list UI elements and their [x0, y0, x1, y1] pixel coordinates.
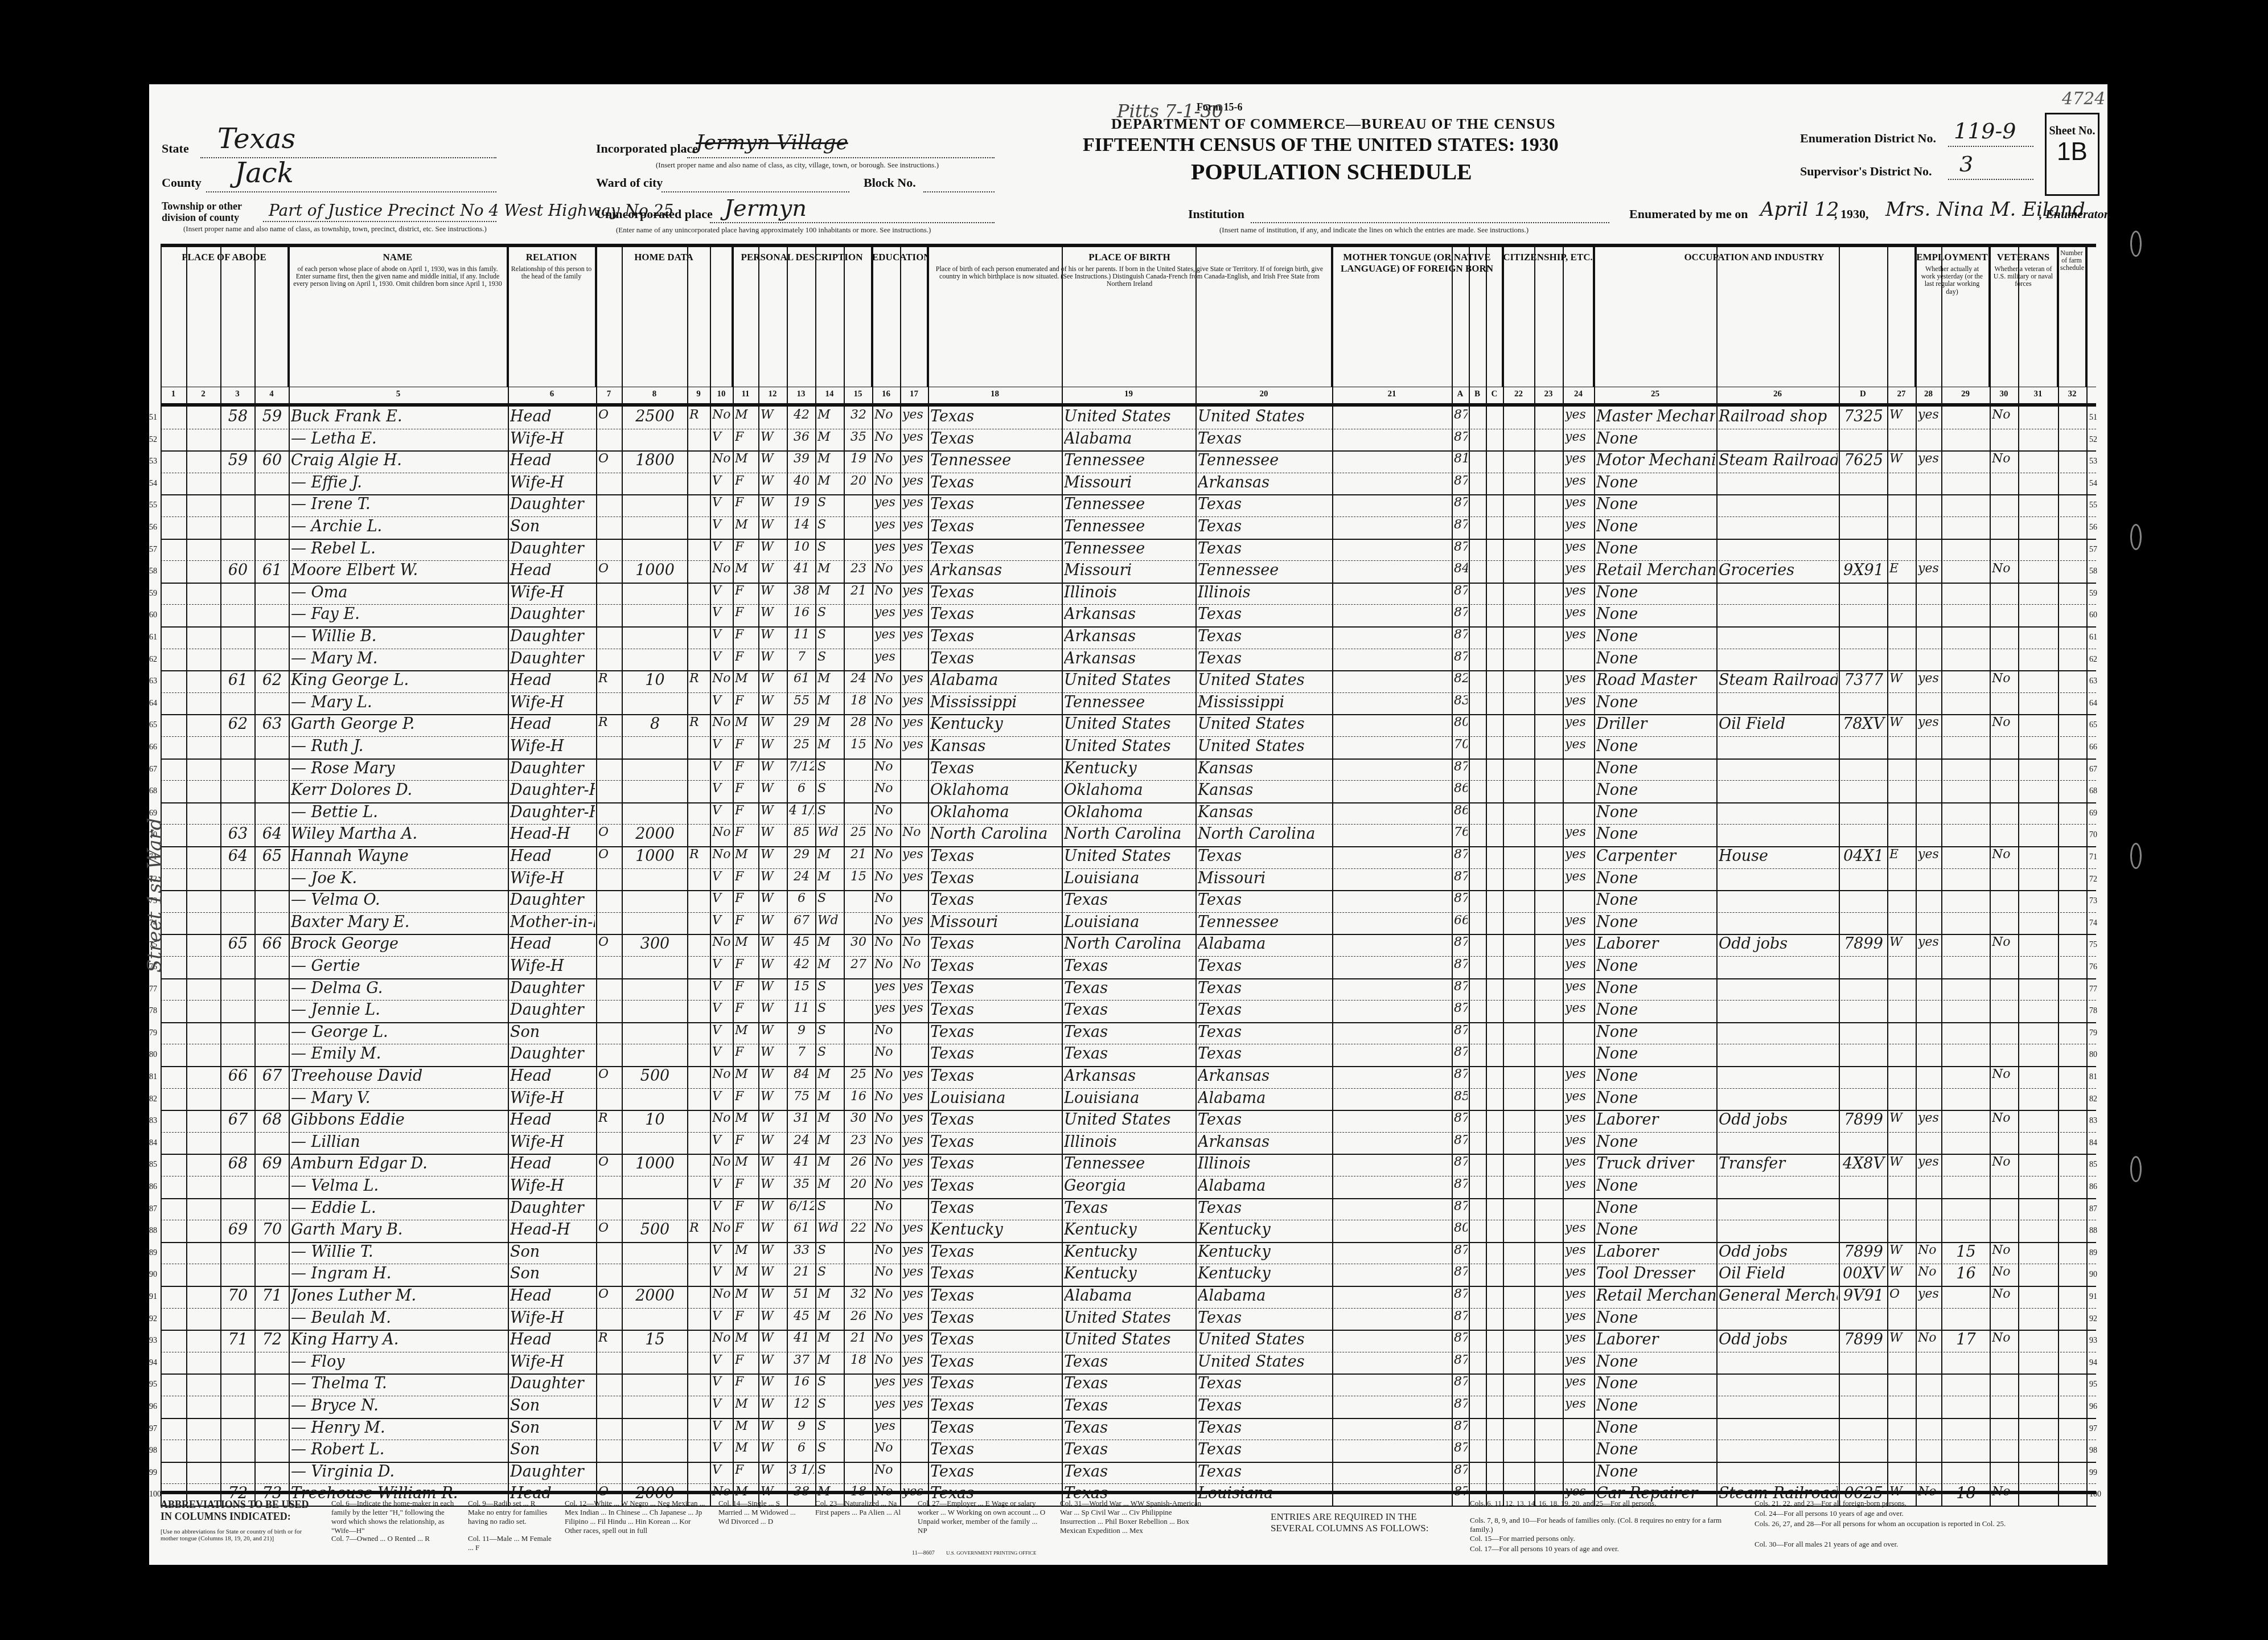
cell-rw: yes	[902, 1265, 927, 1279]
cell-rw: yes	[902, 474, 927, 488]
cell-eng: yes	[1565, 694, 1593, 708]
cell-bp: Louisiana	[930, 1089, 1061, 1107]
cell-race: W	[761, 1331, 786, 1345]
cell-sex: M	[735, 1265, 757, 1279]
cell-sex: F	[735, 1463, 757, 1477]
cell-sex: F	[735, 760, 757, 774]
cell-radio: R	[689, 408, 709, 422]
column-number: 16	[872, 389, 900, 399]
cell-emp: yes	[1918, 715, 1940, 729]
cell-rw: yes	[902, 1133, 927, 1147]
cell-ocode: 7899	[1841, 1111, 1886, 1129]
enumerated-date: April 12	[1760, 198, 1839, 221]
line-number-right: 85	[2089, 1161, 2097, 1170]
cell-farm: V	[712, 1463, 732, 1477]
column-number: 26	[1716, 389, 1839, 399]
incorporated-hint: (Insert proper name and also name of cla…	[656, 161, 939, 170]
cell-rw: yes	[902, 1001, 927, 1015]
cell-race: W	[761, 1067, 786, 1081]
cell-bpm: Kansas	[1198, 781, 1331, 799]
table-row: 9494— FloyWife-HVFW37M18NoyesTexasTexasU…	[161, 1352, 2096, 1375]
line-number: 53	[149, 457, 157, 466]
cell-unemp: 17	[1944, 1331, 1988, 1348]
line-number-right: 74	[2089, 919, 2097, 928]
cell-bpf: Alabama	[1064, 430, 1194, 448]
cell-rel: Son	[510, 1441, 595, 1458]
cell-rw: yes	[902, 913, 927, 928]
margin-note: Street 1st Ward	[143, 818, 166, 973]
cell-name: — Joe K.	[291, 870, 507, 887]
cell-code: 81	[1454, 452, 1468, 466]
cell-sex: F	[735, 650, 757, 664]
cell-bp: Missouri	[930, 913, 1061, 931]
cell-code: 87	[1454, 847, 1468, 862]
cell-ind: Steam Railroad shop	[1719, 452, 1838, 469]
cell-mar: S	[817, 1441, 843, 1455]
cell-race: W	[761, 1111, 786, 1125]
cell-occ: None	[1596, 605, 1715, 623]
cell-race: W	[761, 540, 786, 554]
block-field	[923, 191, 995, 192]
cell-eng: yes	[1565, 737, 1593, 752]
line-number: 100	[149, 1490, 161, 1499]
cell-emp: yes	[1918, 935, 1940, 949]
cell-farm: No	[712, 452, 732, 466]
line-number-right: 95	[2089, 1380, 2097, 1389]
cell-sch: No	[874, 913, 899, 928]
cell-rw: yes	[902, 1331, 927, 1345]
cell-rel: Son	[510, 1023, 595, 1041]
cell-name: Kerr Dolores D.	[291, 781, 507, 799]
cell-bpm: Texas	[1198, 847, 1331, 865]
cell-eng: yes	[1565, 605, 1593, 620]
cell-bpm: United States	[1198, 737, 1331, 755]
cell-mar: M	[817, 408, 843, 422]
cell-race: W	[761, 628, 786, 642]
cell-rw: yes	[902, 628, 927, 642]
cell-sex: M	[735, 935, 757, 949]
cell-farm: V	[712, 1375, 732, 1389]
cell-bp: Kentucky	[930, 1221, 1061, 1239]
cell-eng: yes	[1565, 1353, 1593, 1367]
cell-own: O	[598, 1067, 621, 1081]
column-number: 15	[844, 389, 872, 399]
cell-bpm: Texas	[1198, 1111, 1331, 1129]
group-place-of-birth: PLACE OF BIRTHPlace of birth of each per…	[928, 247, 1332, 387]
cell-radio: R	[689, 1221, 709, 1235]
table-row: 9696— Bryce N.SonVMW12SyesyesTexasTexasT…	[161, 1396, 2096, 1419]
cell-rel: Head-H	[510, 825, 595, 843]
cell-rel: Daughter	[510, 605, 595, 623]
table-row: 5959— OmaWife-HVFW38M21NoyesTexasIllinoi…	[161, 583, 2096, 605]
cell-bp: Texas	[930, 1023, 1061, 1041]
cell-rel: Daughter	[510, 495, 595, 513]
cell-sex: F	[735, 1089, 757, 1104]
cell-emp: No	[1918, 1331, 1940, 1345]
cell-bpm: United States	[1198, 671, 1331, 689]
cell-race: W	[761, 825, 786, 839]
cell-own: O	[598, 452, 621, 466]
column-divider	[1941, 247, 1942, 1506]
cell-cls: W	[1889, 1155, 1914, 1169]
cell-ind: Odd jobs	[1719, 1111, 1838, 1129]
cell-age: 61	[789, 1221, 814, 1235]
cell-age: 84	[789, 1067, 814, 1081]
cell-name: — Floy	[291, 1353, 507, 1371]
cell-ind: Railroad shop	[1719, 408, 1838, 425]
cell-rel: Son	[510, 1397, 595, 1414]
column-divider	[1062, 247, 1063, 1506]
cell-code: 83	[1454, 694, 1468, 708]
cell-farm: No	[712, 1067, 732, 1081]
cell-name: King George L.	[291, 671, 507, 689]
cell-rel: Daughter	[510, 1375, 595, 1392]
table-row: 7272— Joe K.Wife-HVFW24M15NoyesTexasLoui…	[161, 868, 2096, 892]
cell-age: 61	[789, 671, 814, 686]
cell-occ: None	[1596, 891, 1715, 909]
cell-bpm: Texas	[1198, 979, 1331, 997]
column-divider	[1452, 247, 1453, 1506]
cell-race: W	[761, 803, 786, 818]
cell-ocode: 04X1	[1841, 847, 1886, 865]
cell-code: 87	[1454, 1419, 1468, 1433]
cell-bp: Texas	[930, 628, 1061, 645]
cell-bpf: Texas	[1064, 1001, 1194, 1019]
cell-bpm: Kentucky	[1198, 1243, 1331, 1261]
cell-name: — Lillian	[291, 1133, 507, 1151]
cell-bpf: Tennessee	[1064, 1155, 1194, 1172]
cell-age: 14	[789, 518, 814, 532]
cell-code: 87	[1454, 979, 1468, 994]
cell-bpf: Illinois	[1064, 584, 1194, 601]
cell-dw: 63	[223, 825, 253, 843]
cell-rw: yes	[902, 518, 927, 532]
column-number: 21	[1332, 389, 1452, 399]
cell-agem: 22	[846, 1221, 871, 1235]
cell-mar: M	[817, 1111, 843, 1125]
cell-rel: Head-H	[510, 1221, 595, 1239]
table-row: 6969— Bettie L.Daughter-HVFW4 1/2SNoOkla…	[161, 802, 2096, 825]
cell-eng: yes	[1565, 1221, 1593, 1235]
line-number: 64	[149, 699, 157, 708]
cell-bp: Oklahoma	[930, 803, 1061, 821]
cell-val: 2000	[624, 825, 686, 843]
cell-name: — Bettie L.	[291, 803, 507, 821]
cell-code: 85	[1454, 1089, 1468, 1104]
cell-race: W	[761, 1375, 786, 1389]
abbrev-col7: Col. 7—Owned ... O Rented ... R	[331, 1534, 457, 1543]
cell-farm: V	[712, 518, 732, 532]
cell-eng: yes	[1565, 1177, 1593, 1191]
county-field	[206, 191, 496, 192]
column-number: 17	[900, 389, 928, 399]
cell-bpf: Tennessee	[1064, 518, 1194, 535]
cell-race: W	[761, 1243, 786, 1257]
line-number-right: 73	[2089, 897, 2097, 906]
line-number: 94	[149, 1359, 157, 1368]
cell-occ: Carpenter	[1596, 847, 1715, 865]
abbrev-col9: Col. 9—Radio set ... R Make no entry for…	[468, 1499, 553, 1526]
line-number: 78	[149, 1007, 157, 1016]
cell-cls: W	[1889, 715, 1914, 729]
cell-name: Craig Algie H.	[291, 452, 507, 469]
cell-eng: yes	[1565, 913, 1593, 928]
cell-farm: V	[712, 650, 732, 664]
abbrev-col11: Col. 11—Male ... M Female ... F	[468, 1534, 553, 1552]
cell-farm: No	[712, 1331, 732, 1345]
cell-rel: Son	[510, 1265, 595, 1282]
table-row: 5757— Rebel L.DaughterVFW10SyesyesTexasT…	[161, 539, 2096, 561]
cell-rel: Daughter	[510, 650, 595, 667]
punch-hole	[2130, 843, 2142, 869]
cell-age: 16	[789, 605, 814, 620]
cell-agem: 25	[846, 825, 871, 839]
table-row: 8787— Eddie L.DaughterVFW6/12SNoTexasTex…	[161, 1198, 2096, 1221]
cell-vet: No	[1992, 1243, 2017, 1257]
abbreviations-footer: ABBREVIATIONS TO BE USED IN COLUMNS INDI…	[161, 1491, 2096, 1563]
cell-age: 6	[789, 1441, 814, 1455]
line-number: 65	[149, 721, 157, 730]
cell-vet: No	[1992, 671, 2017, 686]
cell-fam: 71	[257, 1287, 287, 1305]
cell-age: 42	[789, 408, 814, 422]
cell-own: O	[598, 1287, 621, 1301]
cell-bpf: Kentucky	[1064, 760, 1194, 777]
cell-name: Gibbons Eddie	[291, 1111, 507, 1129]
cell-bpm: Alabama	[1198, 1287, 1331, 1305]
cell-code: 87	[1454, 1067, 1468, 1081]
cell-sch: No	[874, 957, 899, 971]
table-row: 6767— Rose MaryDaughterVFW7/12SNoTexasKe…	[161, 758, 2096, 781]
cell-sch: No	[874, 891, 899, 905]
cell-val: 500	[624, 1221, 686, 1239]
cell-sch: No	[874, 1309, 899, 1323]
cell-cls: W	[1889, 1243, 1914, 1257]
line-number: 55	[149, 501, 157, 510]
line-number-right: 60	[2089, 611, 2097, 620]
cell-bpf: Texas	[1064, 1375, 1194, 1392]
cell-mar: S	[817, 1045, 843, 1059]
column-divider	[1916, 247, 1917, 1506]
institution-label: Institution	[1188, 207, 1244, 222]
table-row: 7979— George L.SonVMW9SNoTexasTexasTexas…	[161, 1022, 2096, 1045]
column-number: 31	[2018, 389, 2058, 399]
ed-label: Enumeration District No.	[1800, 131, 1936, 146]
cell-bp: Texas	[930, 584, 1061, 601]
cell-mar: M	[817, 715, 843, 729]
cell-sch: No	[874, 1155, 899, 1169]
cell-rw: yes	[902, 1155, 927, 1169]
table-row: 65656263Garth George P.HeadR8RNoMW29M28N…	[161, 714, 2096, 737]
cell-bpf: Texas	[1064, 1023, 1194, 1041]
table-row: 93937172King Harry A.HeadR15NoMW41M21Noy…	[161, 1330, 2096, 1352]
cell-eng: yes	[1565, 1397, 1593, 1411]
line-number-right: 96	[2089, 1403, 2097, 1412]
cell-eng: yes	[1565, 1309, 1593, 1323]
cell-vet: No	[1992, 561, 2017, 576]
cell-mar: S	[817, 1265, 843, 1279]
cell-sch: No	[874, 1111, 899, 1125]
cell-emp: No	[1918, 1243, 1940, 1257]
cell-mar: M	[817, 957, 843, 971]
cell-val: 8	[624, 715, 686, 733]
cell-own: R	[598, 1111, 621, 1125]
cell-bp: Texas	[930, 979, 1061, 997]
cell-ocode: 9V91	[1841, 1287, 1886, 1305]
cell-rel: Wife-H	[510, 1177, 595, 1195]
cell-ind: Odd jobs	[1719, 1331, 1838, 1348]
column-divider	[1534, 247, 1535, 1506]
cell-sch: yes	[874, 1001, 899, 1015]
table-row: 9898— Robert L.SonVMW6SNoTexasTexasTexas…	[161, 1440, 2096, 1463]
cell-code: 87	[1454, 474, 1468, 488]
cell-rw: yes	[902, 671, 927, 686]
cell-rel: Wife-H	[510, 1309, 595, 1327]
cell-bpf: United States	[1064, 1111, 1194, 1129]
column-divider	[508, 247, 509, 1506]
column-divider	[1594, 247, 1595, 1506]
cell-race: W	[761, 1045, 786, 1059]
cell-name: — Effie J.	[291, 474, 507, 491]
cell-val: 1800	[624, 452, 686, 469]
cell-race: W	[761, 452, 786, 466]
table-row: 6161— Willie B.DaughterVFW11SyesyesTexas…	[161, 626, 2096, 649]
cell-ocode: 00XV	[1841, 1265, 1886, 1282]
cell-farm: No	[712, 1221, 732, 1235]
cell-rel: Wife-H	[510, 870, 595, 887]
cell-rw: yes	[902, 1353, 927, 1367]
cell-rel: Daughter	[510, 540, 595, 557]
table-row: 9292— Beulah M.Wife-HVFW45M26NoyesTexasU…	[161, 1308, 2096, 1331]
cell-sex: F	[735, 605, 757, 620]
cell-bpm: Alabama	[1198, 1089, 1331, 1107]
table-row: 85856869Amburn Edgar D.HeadO1000NoMW41M2…	[161, 1154, 2096, 1176]
cell-age: 10	[789, 540, 814, 554]
cell-sch: yes	[874, 605, 899, 620]
punch-hole	[2130, 524, 2142, 550]
cell-dw: 64	[223, 847, 253, 865]
cell-name: Moore Elbert W.	[291, 561, 507, 579]
cell-sex: F	[735, 1309, 757, 1323]
cell-bp: Texas	[930, 495, 1061, 513]
cell-emp: yes	[1918, 408, 1940, 422]
cell-sex: F	[735, 825, 757, 839]
cell-rw: yes	[902, 1243, 927, 1257]
cell-sch: yes	[874, 518, 899, 532]
line-number: 79	[149, 1029, 157, 1038]
cell-mar: S	[817, 650, 843, 664]
cell-bpm: Texas	[1198, 1463, 1331, 1481]
cell-cls: W	[1889, 408, 1914, 422]
cell-race: W	[761, 1133, 786, 1147]
cell-code: 87	[1454, 408, 1468, 422]
cell-code: 84	[1454, 561, 1468, 576]
cell-age: 6	[789, 891, 814, 905]
column-divider	[710, 247, 711, 1506]
line-number-right: 82	[2089, 1095, 2097, 1104]
cell-farm: V	[712, 1309, 732, 1323]
cell-fam: 67	[257, 1067, 287, 1085]
cell-name: — George L.	[291, 1023, 507, 1041]
cell-age: 6/12	[789, 1199, 814, 1213]
cell-eng: yes	[1565, 671, 1593, 686]
cell-bpm: Arkansas	[1198, 1133, 1331, 1151]
cell-mar: S	[817, 1243, 843, 1257]
cell-sch: No	[874, 561, 899, 576]
cell-name: — Ingram H.	[291, 1265, 507, 1282]
cell-name: — Oma	[291, 584, 507, 601]
cell-ind: Groceries	[1719, 561, 1838, 579]
cell-dw: 65	[223, 935, 253, 953]
line-number-right: 56	[2089, 523, 2097, 532]
cell-rel: Daughter	[510, 760, 595, 777]
ward-label: Ward of city	[596, 175, 663, 190]
cell-mar: M	[817, 1287, 843, 1301]
cell-mar: M	[817, 1133, 843, 1147]
cell-bpm: Mississippi	[1198, 694, 1331, 711]
table-row: 9595— Thelma T.DaughterVFW16SyesyesTexas…	[161, 1373, 2096, 1396]
cell-cls: W	[1889, 935, 1914, 949]
cell-sch: No	[874, 1463, 899, 1477]
cell-age: 36	[789, 430, 814, 444]
cell-age: 42	[789, 957, 814, 971]
cell-eng: yes	[1565, 474, 1593, 488]
cell-farm: V	[712, 1441, 732, 1455]
cell-val: 1000	[624, 847, 686, 865]
cell-occ: None	[1596, 1133, 1715, 1151]
cell-age: 11	[789, 1001, 814, 1015]
line-number-right: 61	[2089, 633, 2097, 642]
enumerator-suffix: , Enumerator.	[2039, 207, 2111, 222]
cell-occ: Motor Mechanic	[1596, 452, 1715, 469]
cell-race: W	[761, 957, 786, 971]
cell-mar: M	[817, 1353, 843, 1367]
cell-bp: Texas	[930, 1067, 1061, 1085]
line-number-right: 53	[2089, 457, 2097, 466]
cell-emp: yes	[1918, 561, 1940, 576]
cell-rw: yes	[902, 1287, 927, 1301]
cell-sch: No	[874, 760, 899, 774]
cell-sch: No	[874, 1023, 899, 1038]
cell-name: — Emily M.	[291, 1045, 507, 1063]
cell-mar: S	[817, 1023, 843, 1038]
cell-agem: 21	[846, 847, 871, 862]
cell-vet: No	[1992, 1155, 2017, 1169]
cell-farm: V	[712, 1177, 732, 1191]
table-row: 8282— Mary V.Wife-HVFW75M16NoyesLouisian…	[161, 1088, 2096, 1112]
unincorporated-hint: (Enter name of any unincorporated place …	[616, 225, 931, 235]
cell-mar: M	[817, 1067, 843, 1081]
cell-sch: No	[874, 1199, 899, 1213]
cell-cls: W	[1889, 1111, 1914, 1125]
print-code: 11—8607	[912, 1550, 935, 1556]
cell-mar: S	[817, 1397, 843, 1411]
cell-name: — Eddie L.	[291, 1199, 507, 1217]
cell-dw: 70	[223, 1287, 253, 1305]
column-number: 28	[1916, 389, 1941, 399]
cell-rw: yes	[902, 1177, 927, 1191]
cell-sex: F	[735, 474, 757, 488]
cell-eng: yes	[1565, 957, 1593, 971]
cell-code: 87	[1454, 1155, 1468, 1169]
cell-agem: 23	[846, 1133, 871, 1147]
cell-bpm: Texas	[1198, 495, 1331, 513]
cell-rel: Daughter	[510, 1045, 595, 1063]
cell-name: Garth George P.	[291, 715, 507, 733]
cell-unemp: 15	[1944, 1243, 1988, 1261]
cell-rw: yes	[902, 979, 927, 994]
cell-bpm: Texas	[1198, 1441, 1331, 1458]
